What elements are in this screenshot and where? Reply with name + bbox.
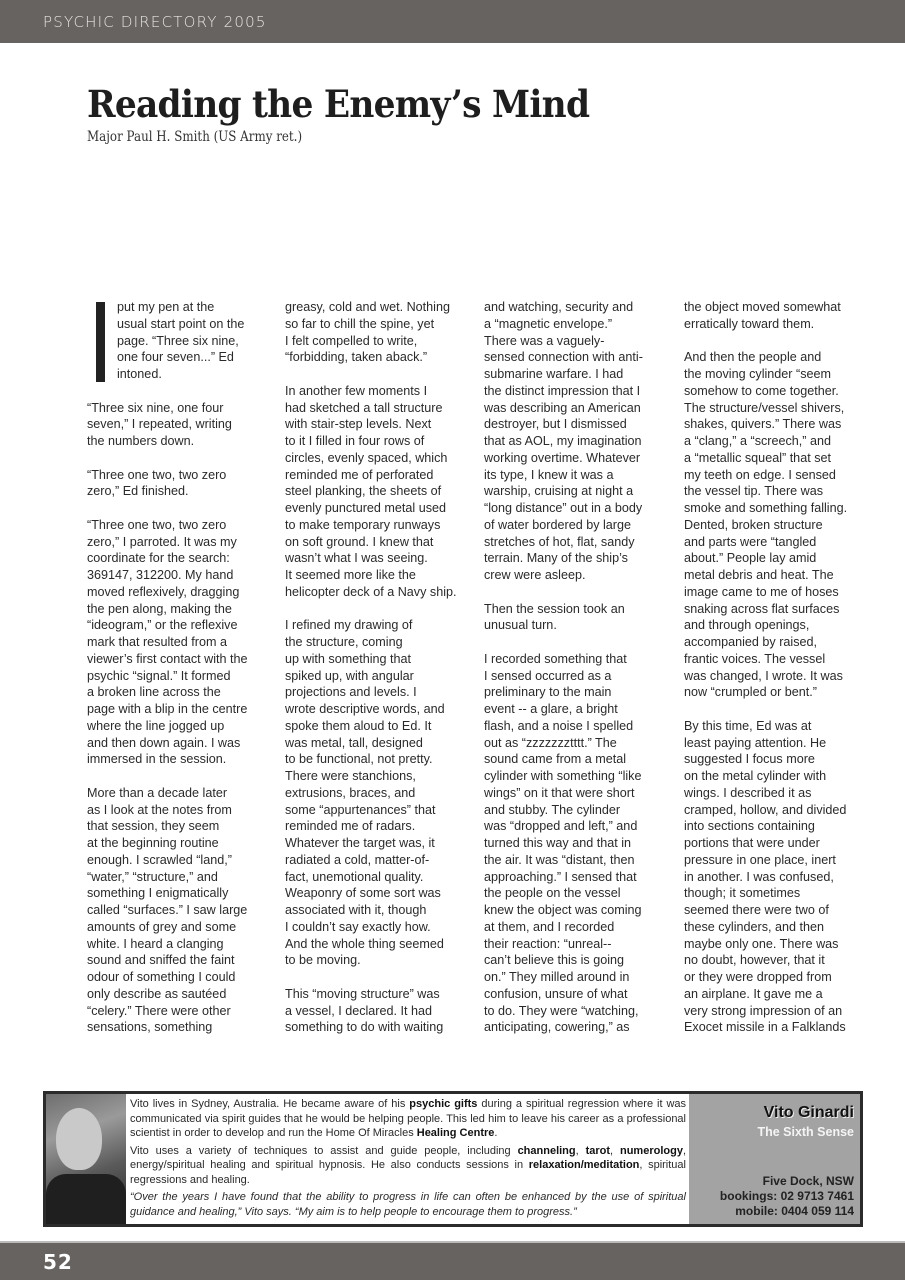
article-title: Reading the Enemy’s Mind bbox=[87, 82, 589, 126]
paragraph: I refined my drawing of the structure, c… bbox=[285, 617, 475, 969]
column-4: the object moved somewhat erratically to… bbox=[684, 299, 874, 1036]
column-3: and watching, security and a “magnetic e… bbox=[484, 299, 674, 1036]
advertisement-box: Vito lives in Sydney, Australia. He beca… bbox=[43, 1091, 863, 1227]
publication-label: PSYCHIC DIRECTORY 2005 bbox=[43, 13, 267, 31]
advertiser-mobile-phone: mobile: 0404 059 114 bbox=[720, 1204, 854, 1219]
paragraph: Then the session took an unusual turn. bbox=[484, 601, 674, 635]
advertiser-location: Five Dock, NSW bbox=[720, 1174, 854, 1189]
paragraph: And then the people and the moving cylin… bbox=[684, 349, 874, 701]
advertiser-name: Vito Ginardi bbox=[764, 1104, 854, 1122]
paragraph: More than a decade later as I look at th… bbox=[87, 785, 277, 1036]
paragraph: In another few moments I had sketched a … bbox=[285, 383, 475, 601]
portrait-head-shape bbox=[56, 1108, 102, 1170]
page-number: 52 bbox=[43, 1250, 73, 1274]
paragraph: greasy, cold and wet. Nothing so far to … bbox=[285, 299, 475, 366]
advert-contact-panel: Vito Ginardi The Sixth Sense Five Dock, … bbox=[689, 1094, 860, 1224]
header-bar: PSYCHIC DIRECTORY 2005 bbox=[0, 0, 905, 43]
paragraph: put my pen at the usual start point on t… bbox=[87, 299, 277, 383]
advertiser-bookings-phone: bookings: 02 9713 7461 bbox=[720, 1189, 854, 1204]
column-2: greasy, cold and wet. Nothing so far to … bbox=[285, 299, 475, 1036]
paragraph: “Three one two, two zero zero,” Ed finis… bbox=[87, 467, 277, 501]
column-1: put my pen at the usual start point on t… bbox=[87, 299, 277, 1036]
advertiser-contact: Five Dock, NSW bookings: 02 9713 7461 mo… bbox=[720, 1174, 854, 1219]
portrait-body-shape bbox=[46, 1174, 126, 1224]
article-byline: Major Paul H. Smith (US Army ret.) bbox=[87, 129, 302, 145]
advert-description: Vito lives in Sydney, Australia. He beca… bbox=[130, 1097, 686, 1222]
paragraph: By this time, Ed was at least paying att… bbox=[684, 718, 874, 1036]
advert-paragraph-1: Vito lives in Sydney, Australia. He beca… bbox=[130, 1097, 686, 1141]
paragraph: “Three one two, two zero zero,” I parrot… bbox=[87, 517, 277, 768]
paragraph: and watching, security and a “magnetic e… bbox=[484, 299, 674, 584]
article-body: put my pen at the usual start point on t… bbox=[87, 299, 877, 1039]
advertiser-photo bbox=[46, 1094, 126, 1224]
paragraph: I recorded something that I sensed occur… bbox=[484, 651, 674, 1036]
paragraph: “Three six nine, one four seven,” I repe… bbox=[87, 400, 277, 450]
footer-bar: 52 bbox=[0, 1241, 905, 1280]
advert-quote: “Over the years I have found that the ab… bbox=[130, 1190, 686, 1219]
paragraph: This “moving structure” was a vessel, I … bbox=[285, 986, 475, 1036]
advert-paragraph-2: Vito uses a variety of techniques to ass… bbox=[130, 1144, 686, 1188]
paragraph: the object moved somewhat erratically to… bbox=[684, 299, 874, 333]
advertiser-tagline: The Sixth Sense bbox=[757, 1125, 854, 1139]
